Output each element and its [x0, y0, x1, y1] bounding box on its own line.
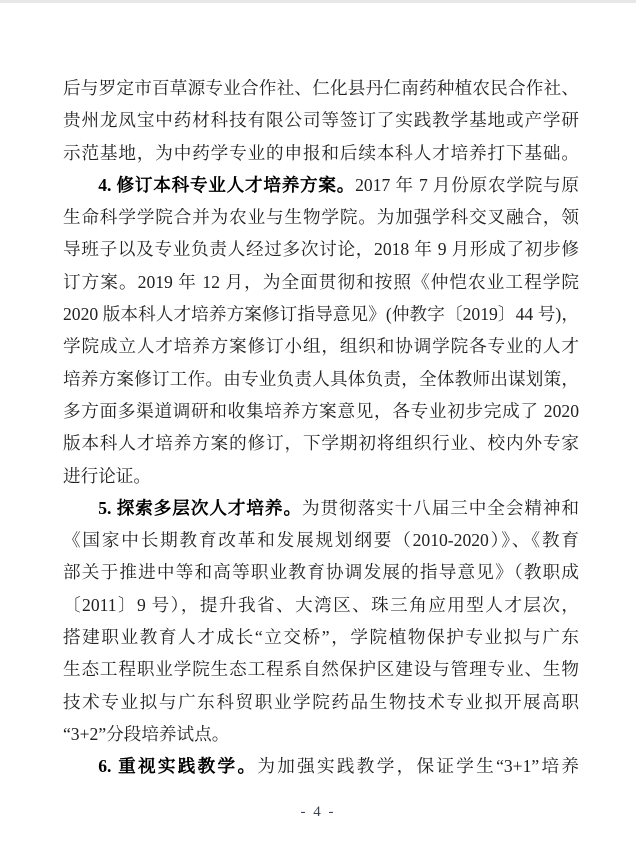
line-text: 多方面多渠道调研和收集培养方案意见，各专业初步完成了 2020 [63, 401, 579, 421]
text-line: 2020 版本科人才培养方案修订指导意见》(仲教字〔2019〕44 号)， [63, 298, 579, 330]
section-heading-4: 4. 修订本科专业人才培养方案。 [98, 175, 355, 195]
line-text: 培养方案修订工作。由专业负责人具体负责，全体教师出谋划策， [63, 369, 579, 389]
text-line: 贵州龙凤宝中药材科技有限公司等签订了实践教学基地或产学研 [63, 104, 579, 136]
line-text: 后与罗定市百草源专业合作社、仁化县丹仁南药种植农民合作社、 [63, 78, 579, 98]
line-text: 导班子以及专业负责人经过多次讨论，2018 年 9 月形成了初步修 [63, 239, 579, 259]
text-line: 6. 重视实践教学。为加强实践教学，保证学生“3+1”培养 [63, 750, 579, 782]
line-text: 搭建职业教育人才成长“立交桥”，学院植物保护专业拟与广东 [63, 627, 579, 647]
line-text: 《国家中长期教育改革和发展规划纲要（2010-2020）》、《教育 [63, 530, 579, 550]
text-line: 生态工程职业学院生态工程系自然保护区建设与管理专业、生物 [63, 653, 579, 685]
text-line: 后与罗定市百草源专业合作社、仁化县丹仁南药种植农民合作社、 [63, 72, 579, 104]
line-text: 〔2011〕9 号），提升我省、大湾区、珠三角应用型人才层次， [63, 595, 579, 615]
text-line: 版本科人才培养方案的修订，下学期初将组织行业、校内外专家 [63, 427, 579, 459]
text-line: 培养方案修订工作。由专业负责人具体负责，全体教师出谋划策， [63, 363, 579, 395]
line-text: 进行论证。 [63, 466, 151, 486]
document-body: 后与罗定市百草源专业合作社、仁化县丹仁南药种植农民合作社、 贵州龙凤宝中药材科技… [63, 72, 579, 783]
text-line: 技术专业拟与广东科贸职业学院药品生物技术专业拟开展高职 [63, 686, 579, 718]
line-text: 版本科人才培养方案的修订，下学期初将组织行业、校内外专家 [63, 433, 579, 453]
page-number: - 4 - [0, 804, 636, 821]
line-text: 2017 年 7 月份原农学院与原 [355, 175, 579, 195]
text-line: 进行论证。 [63, 460, 579, 492]
scan-edge-band [0, 0, 636, 3]
line-text: 学院成立人才培养方案修订小组，组织和协调学院各专业的人才 [63, 336, 579, 356]
text-line: 〔2011〕9 号），提升我省、大湾区、珠三角应用型人才层次， [63, 589, 579, 621]
line-text: 订方案。2019 年 12 月，为全面贯彻和按照《仲恺农业工程学院 [63, 272, 579, 292]
text-line: 订方案。2019 年 12 月，为全面贯彻和按照《仲恺农业工程学院 [63, 266, 579, 298]
text-line: 搭建职业教育人才成长“立交桥”，学院植物保护专业拟与广东 [63, 621, 579, 653]
line-text: 为加强实践教学，保证学生“3+1”培养 [257, 756, 579, 776]
text-line: 部关于推进中等和高等职业教育协调发展的指导意见》（教职成 [63, 556, 579, 588]
line-text: 2020 版本科人才培养方案修订指导意见》(仲教字〔2019〕44 号)， [63, 304, 579, 324]
text-line: 4. 修订本科专业人才培养方案。2017 年 7 月份原农学院与原 [63, 169, 579, 201]
line-text: “3+2”分段培养试点。 [63, 724, 229, 744]
line-text: 技术专业拟与广东科贸职业学院药品生物技术专业拟开展高职 [63, 692, 579, 712]
line-text: 部关于推进中等和高等职业教育协调发展的指导意见》（教职成 [63, 562, 579, 582]
text-line: 5. 探索多层次人才培养。为贯彻落实十八届三中全会精神和 [63, 492, 579, 524]
line-text: 为贯彻落实十八届三中全会精神和 [302, 498, 579, 518]
line-text: 生态工程职业学院生态工程系自然保护区建设与管理专业、生物 [63, 659, 579, 679]
line-text: 示范基地，为中药学专业的申报和后续本科人才培养打下基础。 [63, 143, 579, 163]
document-page: 后与罗定市百草源专业合作社、仁化县丹仁南药种植农民合作社、 贵州龙凤宝中药材科技… [0, 0, 636, 862]
text-line: 生命科学学院合并为农业与生物学院。为加强学科交叉融合，领 [63, 201, 579, 233]
text-line: 多方面多渠道调研和收集培养方案意见，各专业初步完成了 2020 [63, 395, 579, 427]
section-heading-6: 6. 重视实践教学。 [98, 756, 257, 776]
line-text: 生命科学学院合并为农业与生物学院。为加强学科交叉融合，领 [63, 207, 579, 227]
text-line: 导班子以及专业负责人经过多次讨论，2018 年 9 月形成了初步修 [63, 233, 579, 265]
line-text: 贵州龙凤宝中药材科技有限公司等签订了实践教学基地或产学研 [63, 110, 579, 130]
text-line: 学院成立人才培养方案修订小组，组织和协调学院各专业的人才 [63, 330, 579, 362]
text-line: 《国家中长期教育改革和发展规划纲要（2010-2020）》、《教育 [63, 524, 579, 556]
section-heading-5: 5. 探索多层次人才培养。 [98, 498, 302, 518]
text-line: 示范基地，为中药学专业的申报和后续本科人才培养打下基础。 [63, 137, 579, 169]
text-line: “3+2”分段培养试点。 [63, 718, 579, 750]
